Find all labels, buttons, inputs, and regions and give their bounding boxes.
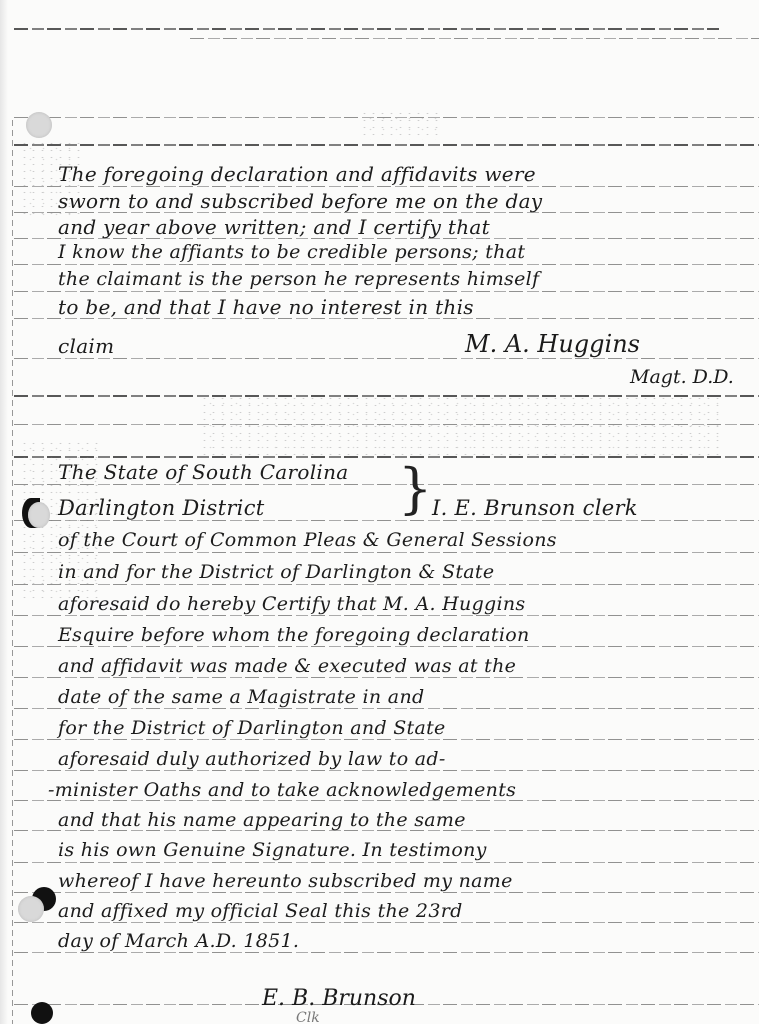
ruled-line [14,615,759,616]
magistrate-signature: M. A. Huggins [465,330,640,358]
scanned-document-page: The foregoing declaration and affidavits… [0,0,759,1024]
ruled-line [14,291,759,292]
ruled-line [14,584,759,585]
text-line: -minister Oaths and to take acknowledgem… [48,779,516,801]
ruled-line [14,770,759,771]
text-line: day of March A.D. 1851. [58,930,299,952]
ruled-line [14,922,759,923]
text-line: and affixed my official Seal this the 23… [58,900,463,922]
text-line: of the Court of Common Pleas & General S… [58,529,557,551]
ruled-line [14,484,759,485]
text-line: I know the affiants to be credible perso… [58,241,525,263]
ruled-line [14,520,759,521]
clerk-signature: E. B. Brunson [262,986,416,1011]
clerk-title: Clk [296,1010,320,1024]
text-line: to be, and that I have no interest in th… [58,295,474,319]
ruled-line [14,552,759,553]
text-line: Esquire before whom the foregoing declar… [58,624,530,646]
margin-line [12,120,13,1024]
text-line: in and for the District of Darlington & … [58,561,494,583]
ruled-line [14,677,759,678]
heading-district: Darlington District [58,496,265,520]
ruled-line [14,952,759,953]
ruled-line [190,38,759,39]
ruled-line [14,708,759,709]
text-line: and that his name appearing to the same [58,809,466,831]
page-edge-shadow [0,0,8,1024]
text-line: whereof I have hereunto subscribed my na… [58,870,513,892]
punch-hole [18,896,44,922]
text-line: is his own Genuine Signature. In testimo… [58,839,487,861]
ruled-line [14,358,759,359]
ruled-line [14,186,759,187]
ruled-line [14,144,759,146]
scan-noise [200,395,720,455]
text-line: claim [58,334,114,358]
ruled-line [14,264,759,265]
clerk-name-line: I. E. Brunson clerk [432,496,638,520]
bracket-brace: } [398,462,432,516]
text-line: The foregoing declaration and affidavits… [58,162,536,186]
heading-state: The State of South Carolina [58,460,349,484]
text-line: and affidavit was made & executed was at… [58,655,516,677]
magistrate-title: Magt. D.D. [630,366,734,388]
text-line: aforesaid duly authorized by law to ad- [58,748,446,770]
punch-hole [28,502,50,528]
ruled-line [14,862,759,863]
scan-noise [360,110,440,140]
ruled-line [14,28,719,30]
text-line: aforesaid do hereby Certify that M. A. H… [58,593,525,615]
ruled-line [14,646,759,647]
ruled-line [14,892,759,893]
ruled-line [14,456,759,458]
text-line: date of the same a Magistrate in and [58,686,424,708]
punch-hole [31,1002,53,1024]
ruled-line [14,739,759,740]
text-line: and year above written; and I certify th… [58,215,490,239]
text-line: for the District of Darlington and State [58,717,446,739]
punch-hole [26,112,52,138]
text-line: the claimant is the person he represents… [58,268,539,290]
text-line: sworn to and subscribed before me on the… [58,189,542,213]
